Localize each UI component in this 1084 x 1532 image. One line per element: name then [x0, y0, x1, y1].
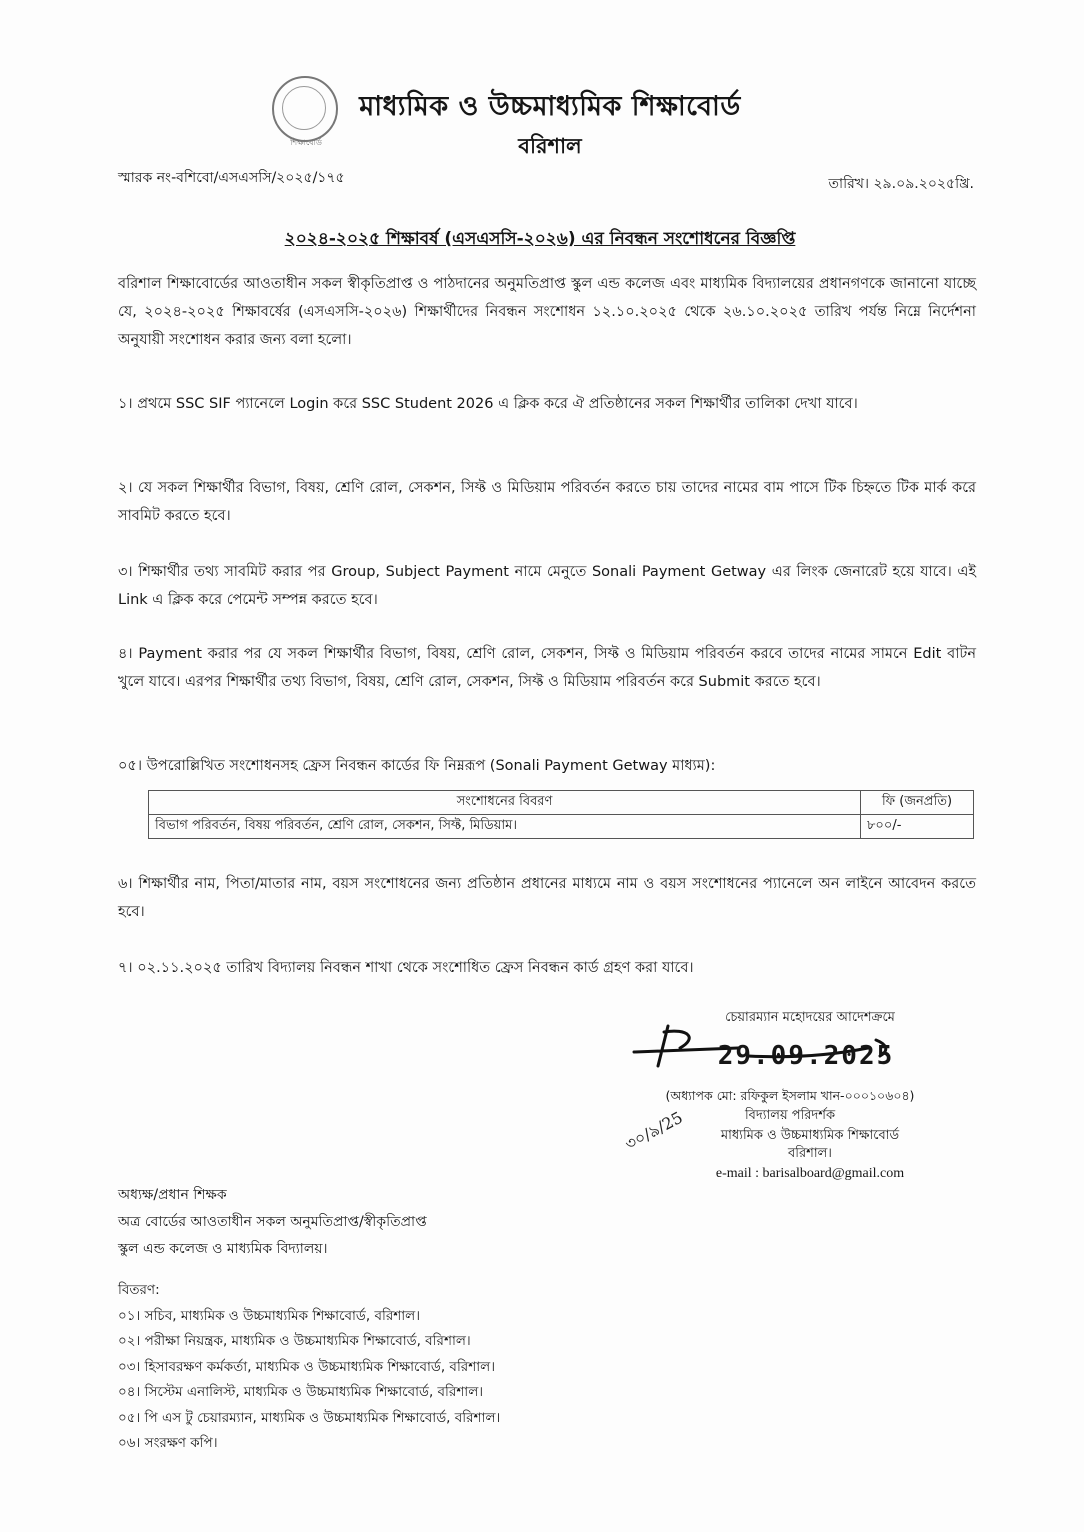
addressee-block: অধ্যক্ষ/প্রধান শিক্ষক অত্র বোর্ডের আওতাধ…	[118, 1182, 427, 1263]
fee-amount: ৮০০/-	[861, 815, 974, 839]
signature-block: চেয়ারম্যান মহোদয়ের আদেশক্রমে 29.09.202…	[600, 1008, 980, 1028]
intro-paragraph: বরিশাল শিক্ষাবোর্ডের আওতাধীন সকল স্বীকৃত…	[118, 270, 976, 354]
list-item: ০২। পরীক্ষা নিয়ন্ত্রক, মাধ্যমিক ও উচ্চম…	[118, 1329, 500, 1355]
distribution-list: বিতরণ: ০১। সচিব, মাধ্যমিক ও উচ্চমাধ্যমিক…	[118, 1278, 500, 1457]
logo-caption: শিক্ষাবোর্ড	[268, 137, 344, 150]
board-title: মাধ্যমিক ও উচ্চমাধ্যমিক শিক্ষাবোর্ড	[340, 86, 760, 131]
fee-description: বিভাগ পরিবর্তন, বিষয় পরিবর্তন, শ্রেণি র…	[149, 815, 861, 839]
fee-header-amount: ফি (জনপ্রতি)	[861, 791, 974, 815]
addressee-line: অত্র বোর্ডের আওতাধীন সকল অনুমতিপ্রাপ্ত/স…	[118, 1209, 427, 1236]
board-email: e-mail : barisalboard@gmail.com	[620, 1164, 1000, 1184]
board-seal-logo-icon	[272, 76, 338, 142]
fee-header-description: সংশোধনের বিবরণ	[149, 791, 861, 815]
signature-date: 29.09.2025	[666, 1046, 946, 1066]
instruction-4: ৪। Payment করার পর যে সকল শিক্ষার্থীর বি…	[118, 640, 976, 696]
addressee-line: স্কুল এন্ড কলেজ ও মাধ্যমিক বিদ্যালয়।	[118, 1236, 427, 1263]
list-item: ০৩। হিসাবরক্ষণ কর্মকর্তা, মাধ্যমিক ও উচ্…	[118, 1355, 500, 1381]
instruction-2: ২। যে সকল শিক্ষার্থীর বিভাগ, বিষয়, শ্রে…	[118, 474, 976, 530]
table-row: বিভাগ পরিবর্তন, বিষয় পরিবর্তন, শ্রেণি র…	[149, 815, 974, 839]
list-item: ০৬। সংরক্ষণ কপি।	[118, 1431, 500, 1457]
list-item: ০৫। পি এস টু চেয়ারম্যান, মাধ্যমিক ও উচ্…	[118, 1406, 500, 1432]
instruction-6: ৬। শিক্ষার্থীর নাম, পিতা/মাতার নাম, বয়স…	[118, 870, 976, 926]
fee-table: সংশোধনের বিবরণ ফি (জনপ্রতি) বিভাগ পরিবর্…	[148, 790, 974, 839]
instruction-3: ৩। শিক্ষার্থীর তথ্য সাবমিট করার পর Group…	[118, 558, 976, 614]
addressee-line: অধ্যক্ষ/প্রধান শিক্ষক	[118, 1182, 427, 1209]
instruction-1: ১। প্রথমে SSC SIF প্যানেলে Login করে SSC…	[118, 390, 976, 418]
notice-subject: ২০২৪-২০২৫ শিক্ষাবর্ষ (এসএসসি-২০২৬) এর নি…	[100, 226, 980, 254]
memo-number: স্মারক নং-বশিবো/এসএসসি/২০২৫/১৭৫	[118, 166, 345, 190]
distribution-title: বিতরণ:	[118, 1278, 500, 1304]
instruction-5: ০৫। উপরোল্লিখিত সংশোধনসহ ফ্রেস নিবন্ধন ক…	[118, 752, 976, 780]
list-item: ০১। সচিব, মাধ্যমিক ও উচ্চমাধ্যমিক শিক্ষা…	[118, 1304, 500, 1330]
signatory-name: (অধ্যাপক মো: রফিকুল ইসলাম খান-০০০১০৬০৪)	[600, 1086, 980, 1106]
fee-table-header: সংশোধনের বিবরণ ফি (জনপ্রতি)	[149, 791, 974, 815]
instruction-7: ৭। ০২.১১.২০২৫ তারিখ বিদ্যালয় নিবন্ধন শা…	[118, 954, 976, 982]
board-city: বরিশাল	[340, 130, 760, 165]
list-item: ০৪। সিস্টেম এনালিস্ট, মাধ্যমিক ও উচ্চমাধ…	[118, 1380, 500, 1406]
notice-date: তারিখ। ২৯.০৯.২০২৫খ্রি.	[829, 172, 974, 196]
